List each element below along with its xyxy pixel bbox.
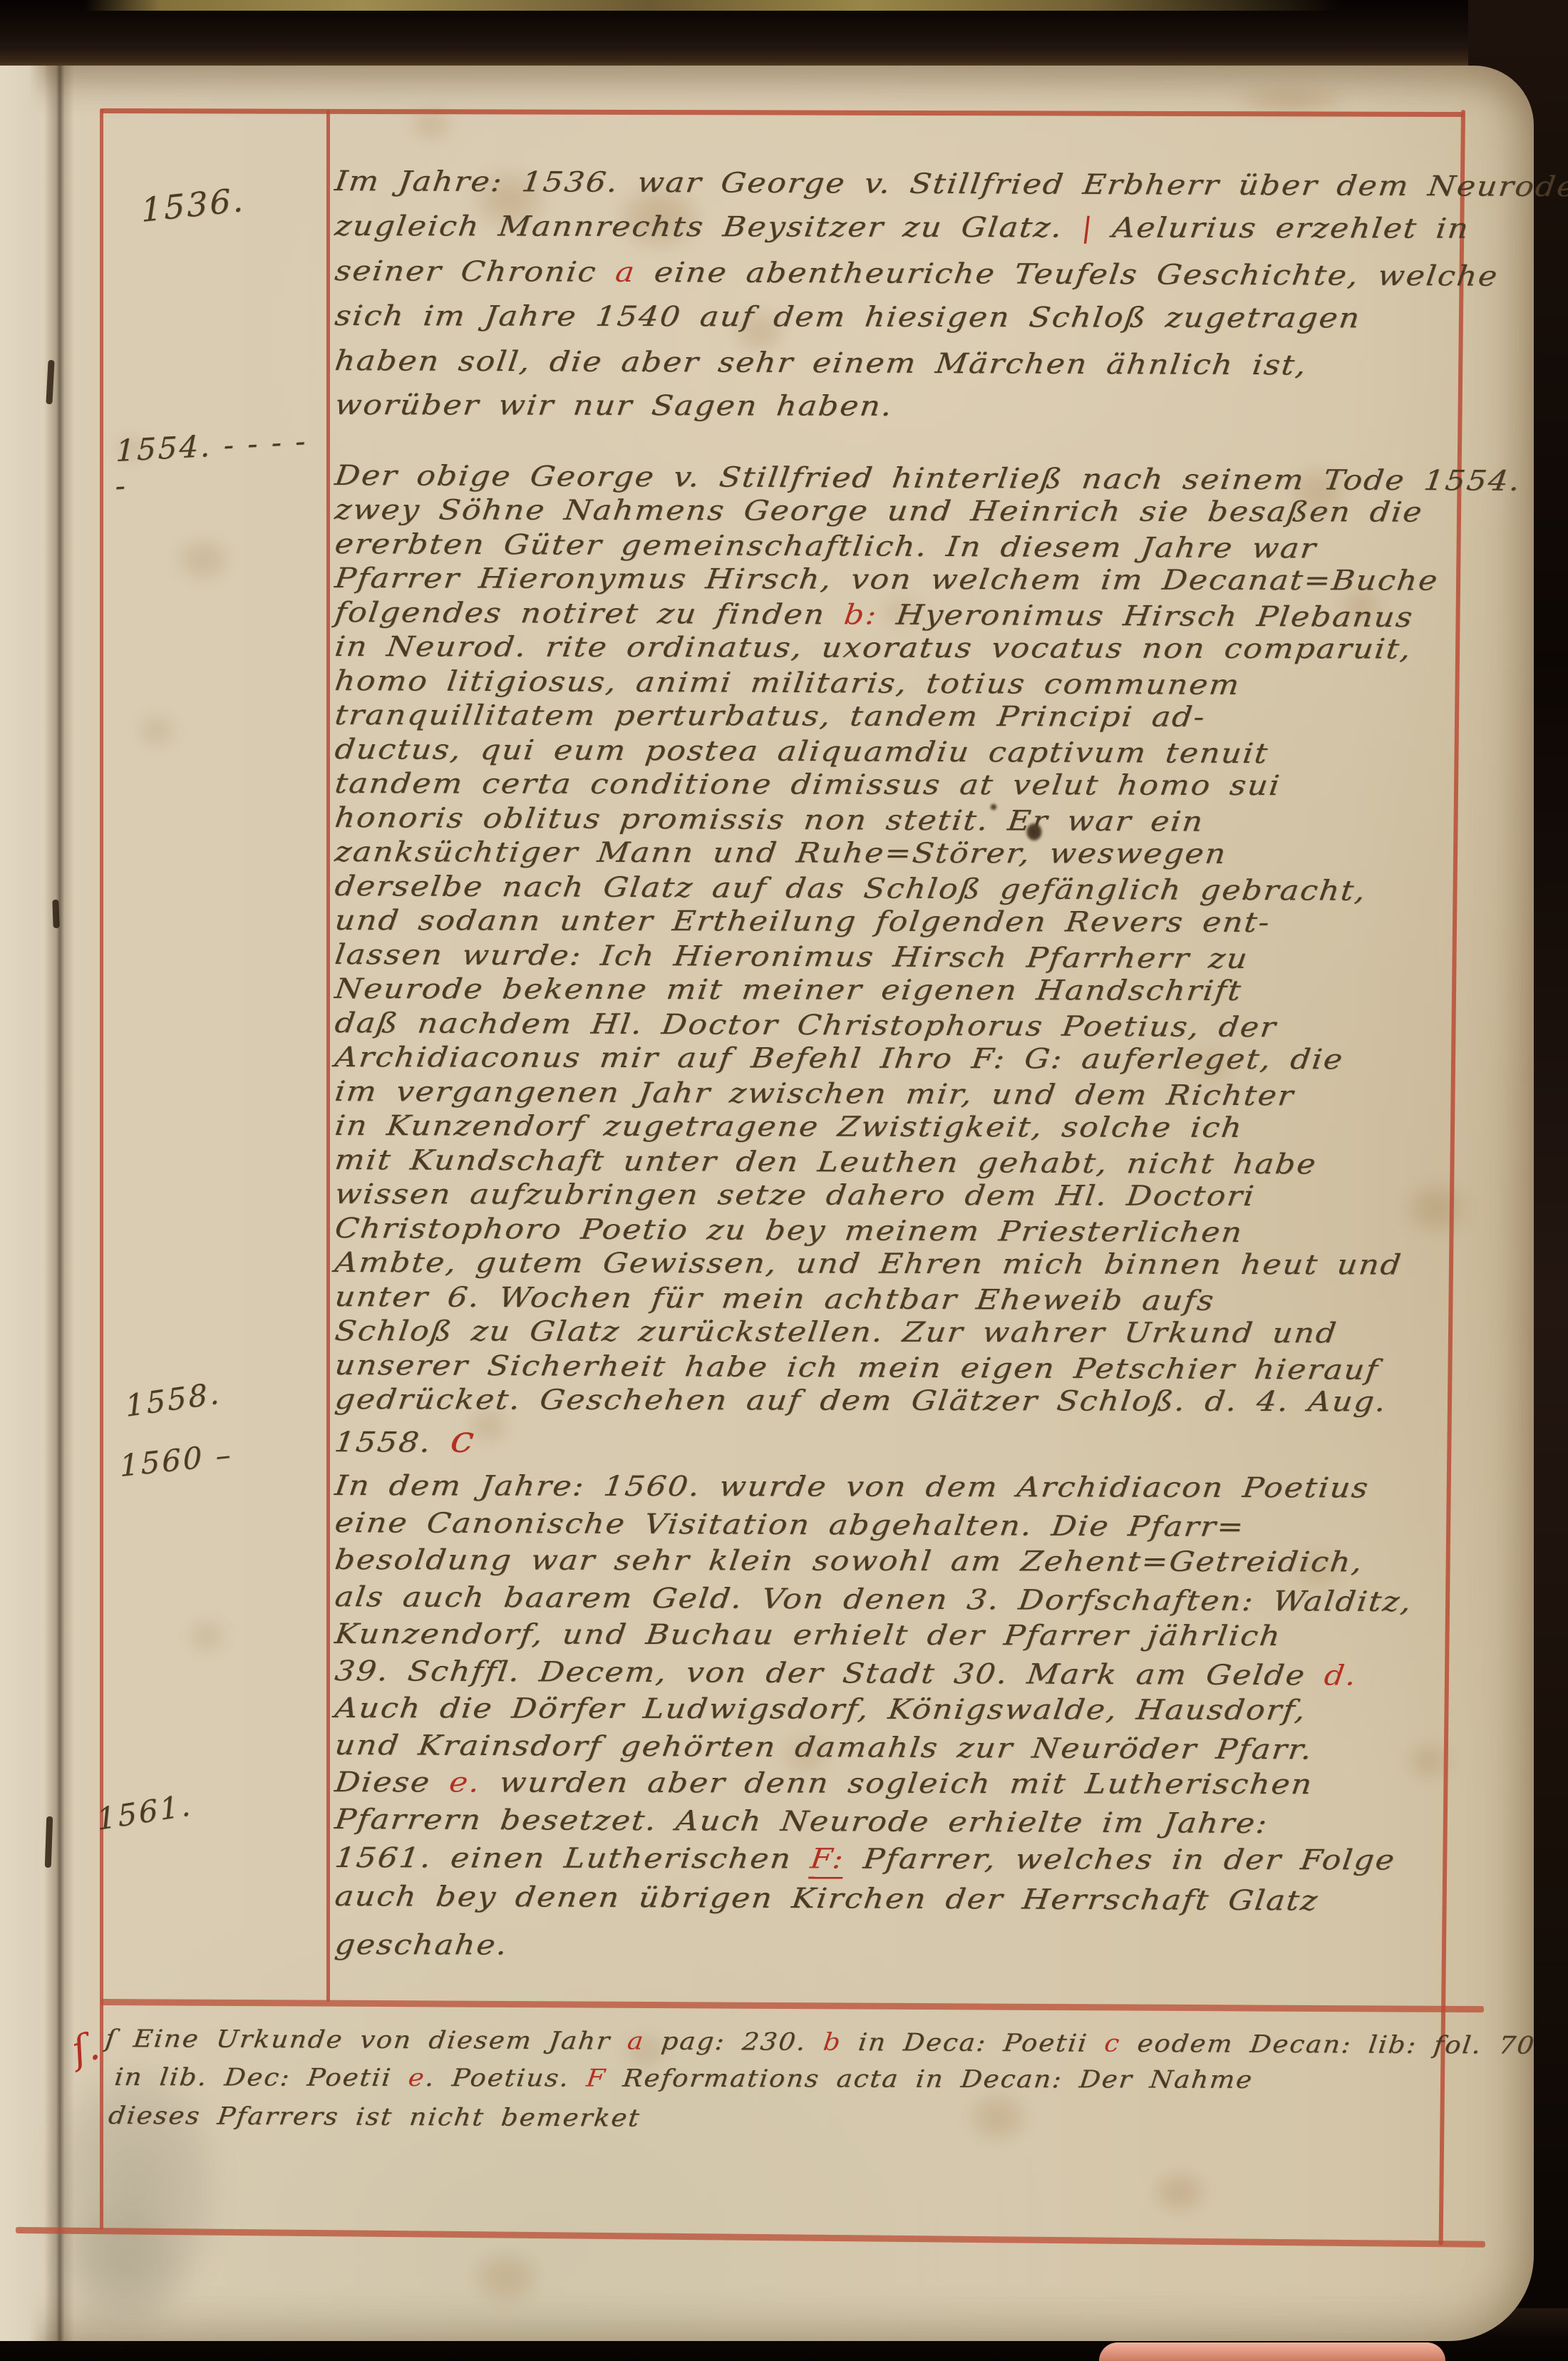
screenshot-root: { "document": { "kind": "Handwritten chr… — [0, 0, 1568, 2361]
red-ink-marks: ſ. — [0, 0, 1568, 2361]
red-ink-flourish: ſ. — [67, 2023, 103, 2073]
